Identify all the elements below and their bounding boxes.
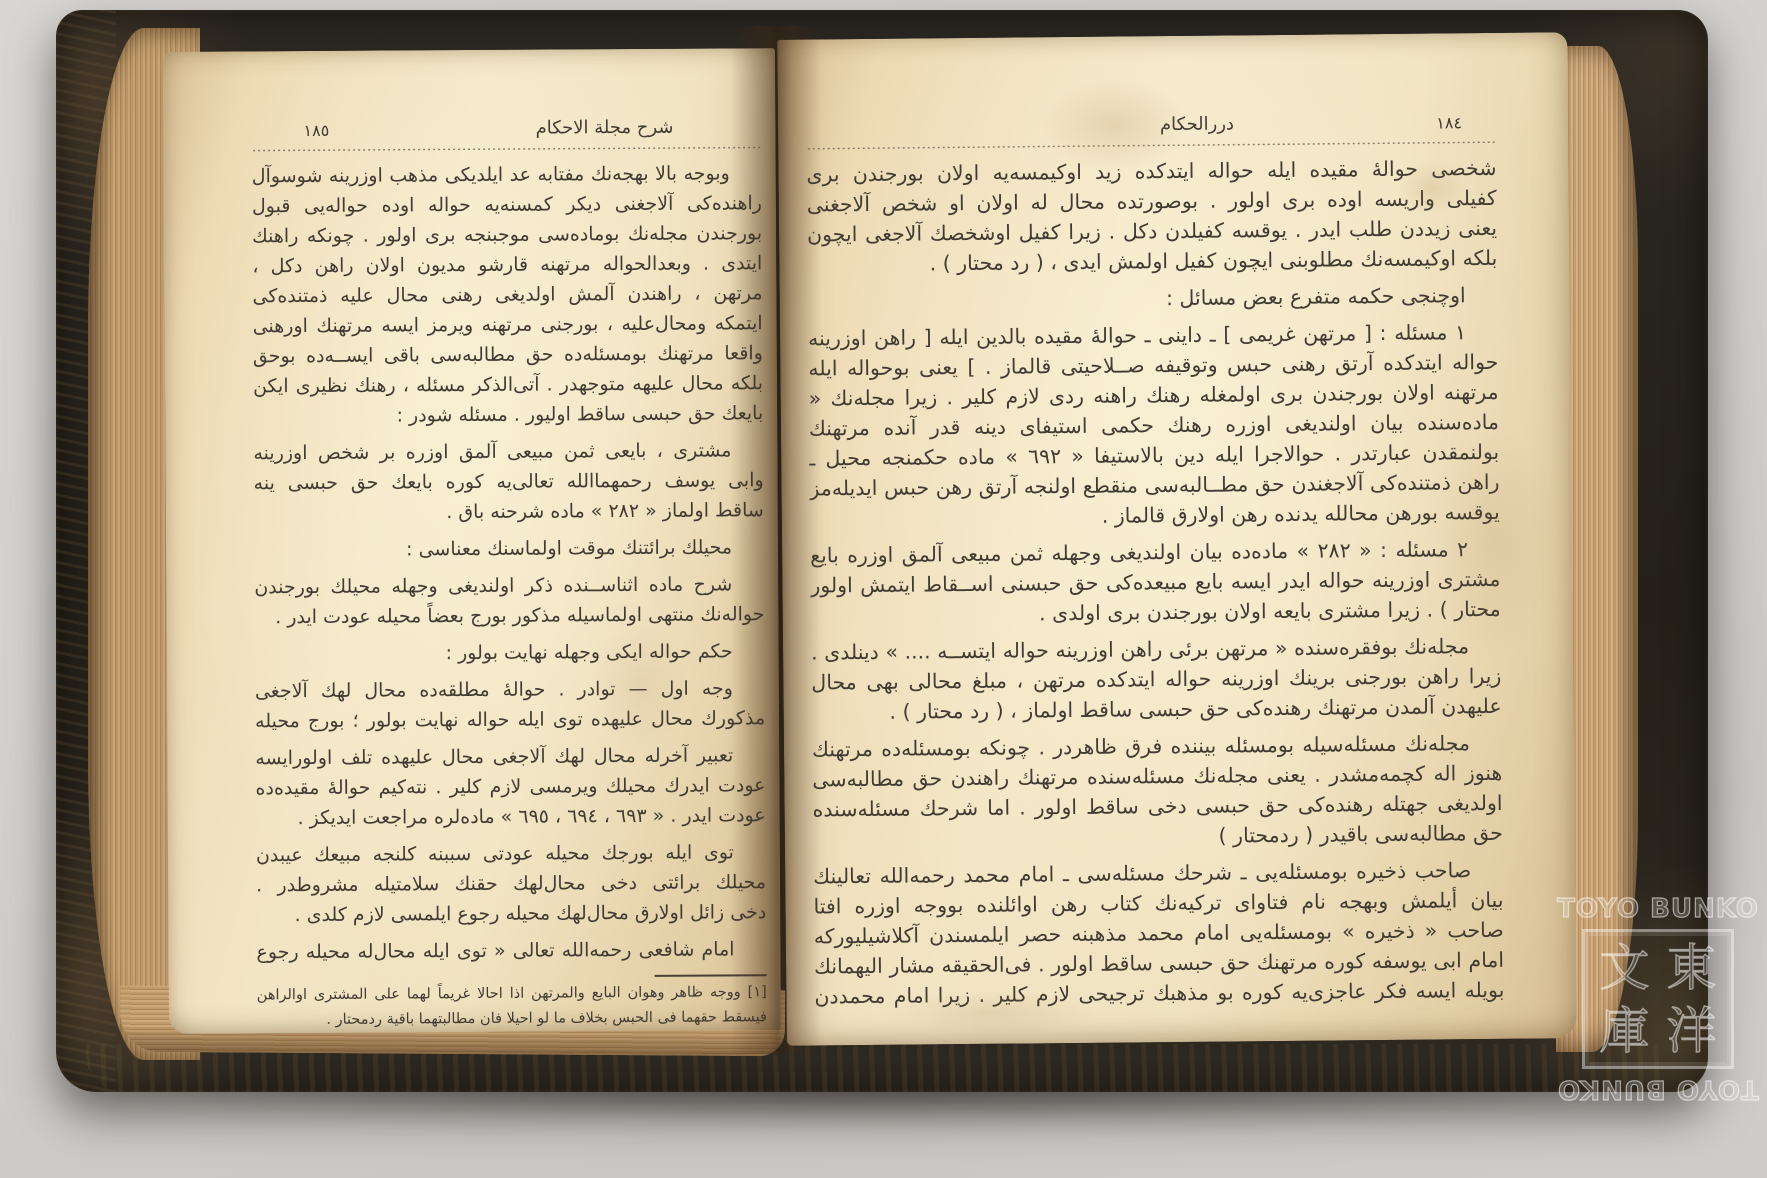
text-line: وابی یوسف رحمهماالله تعالی‌یه كوره بایعك… <box>254 465 764 498</box>
text-line: [١] ووجه ظاهر وهوان البایع والمرتهن اذا … <box>257 980 767 1008</box>
header-dotted-rule <box>252 145 762 151</box>
right-page-textblock: شخصی حوالهٔ مقیده ایله حواله ایتدكده زید… <box>806 153 1504 1012</box>
text-line: وجه اول — توادر . حوالهٔ مطلقه‌ده محال ل… <box>255 673 765 706</box>
text-line: ایتمكه ومحال‌علیه ، بورجنی مرتهنه ویرمز … <box>253 308 763 341</box>
left-page-footnotes: [١] ووجه ظاهر وهوان البایع والمرتهن اذا … <box>257 980 767 1033</box>
left-page-header: شرح مجلة الاحكام ١٨٥ <box>251 116 761 151</box>
text-line: وبوجه بالا بهجه‌نك مفتابه عد ایلدیكی مذه… <box>252 158 762 191</box>
text-line: عودت ایدرك محیلك ویرمسی لازم كلیر . نته‌… <box>255 770 765 803</box>
text-line: بویله ایسه فكر عاجزی‌یه كوره بو مذهبك تر… <box>814 975 1504 1012</box>
text-line: حكم حواله ایكی وجهله نهایت بولور : <box>255 636 765 669</box>
text-line: تعبیر آخرله محال لهك آلاجغی محال علیهده … <box>255 740 765 773</box>
text-line: مشتری ، بایعی ثمن مبیعی آلمق اوزره بر شخ… <box>253 435 763 468</box>
text-line: مرتهن ، راهندن آلمش اولدیغی رهنی محال عل… <box>252 278 762 311</box>
text-line: ایتدی . وبعدالحواله مرتهنه قارشو مدیون ا… <box>252 248 762 281</box>
text-line: واقعا مرتهنك بومسئله‌ده حق مطالبه‌سی باق… <box>253 338 763 371</box>
right-page-number: ١٨٤ <box>1436 113 1462 132</box>
text-line: حواله‌نك منتهی اولماسیله مذكور بورج بعضا… <box>254 599 764 632</box>
text-line: محیلك برائتنك موقت اولماسنك معناسی : <box>254 532 764 565</box>
text-line: فیسقط حقهما فی الحبس بخلاف ما لو احیلا ف… <box>257 1005 767 1033</box>
text-line: توی ایله بورجك محیله عودتی سببنه كلنجه م… <box>256 837 766 870</box>
left-page-textblock: وبوجه بالا بهجه‌نك مفتابه عد ایلدیكی مذه… <box>252 158 767 967</box>
left-page-number: ١٨٥ <box>303 121 329 140</box>
text-line: بایعك حق حبسی ساقط اولیور . مسئله شودر : <box>253 398 763 431</box>
text-line: بلكه محال علیهه متوجهدر . آتی‌الذكر مسئل… <box>253 368 763 401</box>
text-line: ساقط اولماز « ٢٨٢ » ماده شرحنه باق . <box>254 495 764 528</box>
text-line: امام شافعی رحمه‌الله تعالی « توی ایله مح… <box>256 934 766 967</box>
text-line: اوچنجی حكمه متفرع بعض مسائل : <box>808 280 1498 317</box>
right-page-header: دررالحكام ١٨٤ <box>806 111 1496 150</box>
header-dotted-rule <box>806 140 1496 150</box>
right-page-title: دررالحكام <box>1160 113 1234 135</box>
left-page: شرح مجلة الاحكام ١٨٥ وبوجه بالا بهجه‌نك … <box>163 48 781 1034</box>
photo-of-open-book: شرح مجلة الاحكام ١٨٥ وبوجه بالا بهجه‌نك … <box>0 0 1767 1178</box>
text-line: بورجندن مجله‌نك بوماده‌سی موجبنجه بری او… <box>252 218 762 251</box>
text-line: دخی زائل اولارق محال‌لهك محیله رجوع ایلم… <box>256 897 766 930</box>
left-page-title: شرح مجلة الاحكام <box>535 117 673 139</box>
text-line: علیهدن آلمدن مرتهنك رهنده‌كی حق حبسی ساق… <box>812 691 1502 728</box>
text-line: شرح ماده اثناســنده ذكر اولندیغی وجهله م… <box>254 569 764 602</box>
text-line: محیلك برائتی دخی محال‌لهك حقنك سلامتیله … <box>256 867 766 900</box>
footnote-separator <box>655 974 767 977</box>
text-line: مذكورك محال علیهده توی ایله حواله نهایت … <box>255 703 765 736</box>
text-line: راهنده‌كی آلاجغنی دیكر كمسنه‌یه حواله او… <box>252 188 762 221</box>
right-page: دررالحكام ١٨٤ شخصی حوالهٔ مقیده ایله حوا… <box>777 32 1577 1046</box>
text-line: عودت ایدر . « ٦٩٣ ، ٦٩٤ ، ٦٩٥ » ماده‌لره… <box>256 800 766 833</box>
